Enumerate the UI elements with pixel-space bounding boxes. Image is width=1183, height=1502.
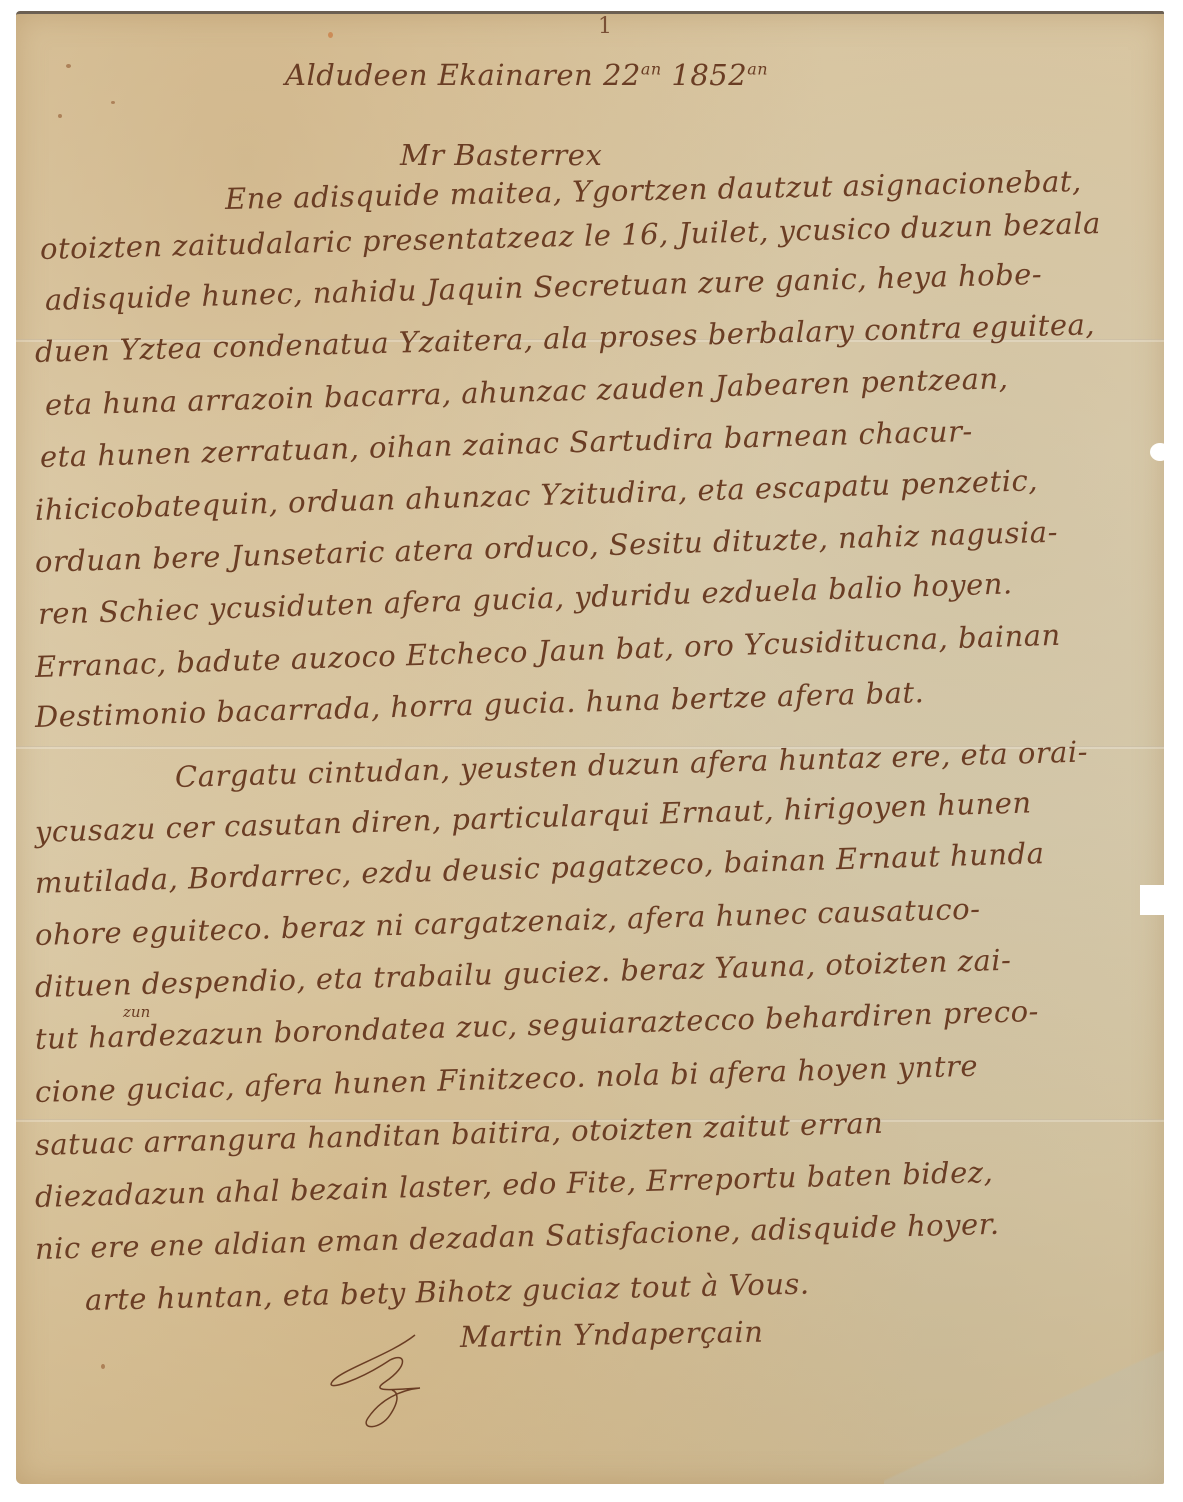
dateline-year-suffix: an bbox=[747, 59, 768, 78]
stain bbox=[58, 114, 62, 118]
dateline-day: 22 bbox=[603, 58, 641, 92]
dateline-place: Aldudeen Ekainaren bbox=[285, 58, 593, 92]
stain bbox=[111, 101, 115, 104]
signature: Martin Yndaperçain bbox=[460, 1315, 764, 1354]
signature-paraph-icon bbox=[320, 1330, 450, 1440]
stain bbox=[101, 1364, 105, 1369]
paper-tear bbox=[1150, 443, 1170, 461]
dateline-day-suffix: an bbox=[641, 59, 662, 78]
corner-fold bbox=[884, 1344, 1164, 1484]
paper-tear bbox=[1140, 885, 1183, 915]
dateline-year: 1852 bbox=[671, 58, 747, 92]
dateline: Aldudeen Ekainaren 22an 1852an bbox=[285, 58, 768, 92]
page-number: 1 bbox=[598, 14, 612, 39]
stain bbox=[328, 32, 333, 38]
stain bbox=[66, 64, 71, 68]
salutation: Mr Basterrex bbox=[400, 138, 602, 172]
